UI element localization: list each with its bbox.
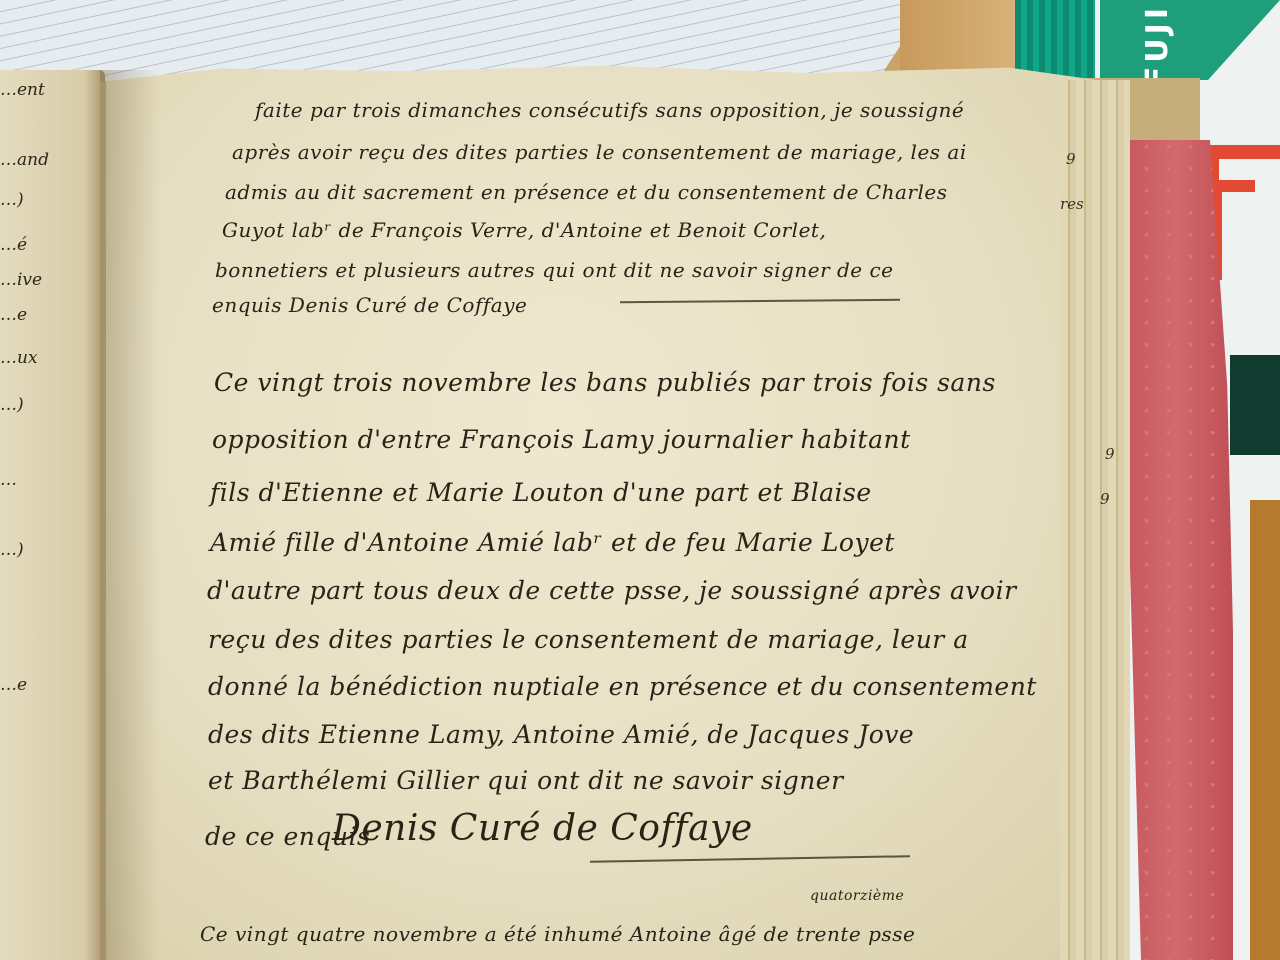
handwriting-line: et Barthélemi Gillier qui ont dit ne sav… xyxy=(208,766,844,795)
handwriting-line: Ce vingt quatre novembre a été inhumé An… xyxy=(200,922,915,946)
handwriting-line: faite par trois dimanches consécutifs sa… xyxy=(255,98,964,122)
handwriting-line: admis au dit sacrement en présence et du… xyxy=(225,180,947,204)
brown-object xyxy=(1250,500,1280,960)
handwriting-line: fils d'Etienne et Marie Louton d'une par… xyxy=(210,478,872,507)
gutter-shadow xyxy=(100,70,160,960)
fuji-label: FUJI xyxy=(1140,4,1175,87)
dark-object xyxy=(1230,355,1280,455)
handwriting-line: donné la bénédiction nuptiale en présenc… xyxy=(208,672,1037,701)
left-page-fragment: …ux xyxy=(0,348,38,368)
left-page-fragment: …e xyxy=(0,675,27,695)
handwriting-line: d'autre part tous deux de cette psse, je… xyxy=(207,576,1017,605)
left-page-fragment: …é xyxy=(0,235,27,255)
left-page-fragment: …ent xyxy=(0,80,45,100)
margin-note: 9 xyxy=(1066,150,1076,168)
handwriting-line: bonnetiers et plusieurs autres qui ont d… xyxy=(215,258,894,282)
left-page-fragment: …and xyxy=(0,150,49,170)
margin-note: 9 xyxy=(1105,445,1115,463)
margin-note: 9 xyxy=(1100,490,1110,508)
left-page-fragment: … xyxy=(0,470,17,490)
handwriting-line: reçu des dites parties le consentement d… xyxy=(208,625,969,654)
handwriting-line: Ce vingt trois novembre les bans publiés… xyxy=(214,368,996,397)
left-page: …ent …and …) …é …ive …e …ux …) … …) …e xyxy=(0,70,105,960)
handwriting-line: des dits Etienne Lamy, Antoine Amié, de … xyxy=(208,720,914,749)
handwriting-line: Guyot labʳ de François Verre, d'Antoine … xyxy=(222,218,826,242)
green-ribbon xyxy=(1015,0,1095,80)
left-page-fragment: …ive xyxy=(0,270,42,290)
handwriting-line: enquis Denis Curé de Coffaye xyxy=(212,293,527,317)
left-page-fragment: …) xyxy=(0,395,24,415)
left-page-fragment: …) xyxy=(0,190,24,210)
left-page-fragment: …e xyxy=(0,305,27,325)
handwriting-line: opposition d'entre François Lamy journal… xyxy=(212,425,911,454)
priest-signature: Denis Curé de Coffaye xyxy=(332,808,753,849)
margin-note: res xyxy=(1060,195,1084,213)
handwriting-line: après avoir reçu des dites parties le co… xyxy=(232,140,967,164)
interlinear-note: quatorzième xyxy=(810,888,904,904)
left-page-fragment: …) xyxy=(0,540,24,560)
handwriting-line: Amié fille d'Antoine Amié labʳ et de feu… xyxy=(210,528,895,557)
